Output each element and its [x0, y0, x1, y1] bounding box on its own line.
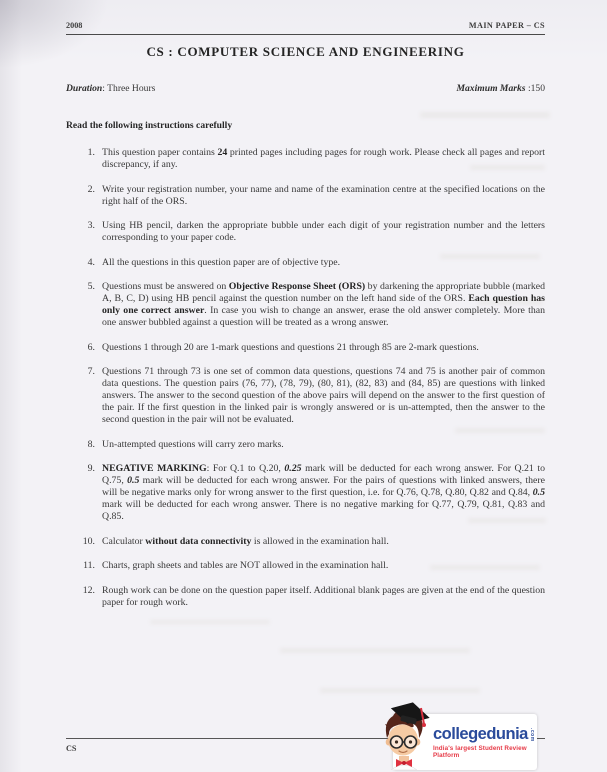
bleed-through-artifact [150, 620, 270, 624]
instruction-number: 11. [66, 560, 95, 572]
bleed-through-artifact [455, 428, 545, 433]
logo-brand-suffix: .com [529, 728, 534, 742]
instruction-text: Calculator without data connectivity is … [102, 536, 545, 548]
max-marks-value: :150 [528, 83, 545, 94]
instruction-item: 10. Calculator without data connectivity… [66, 536, 545, 548]
instruction-text: NEGATIVE MARKING: For Q.1 to Q.20, 0.25 … [102, 463, 545, 523]
page-content: 2008 MAIN PAPER – CS CS : COMPUTER SCIEN… [66, 0, 545, 621]
bleed-through-artifact [430, 565, 540, 570]
bleed-through-artifact [320, 688, 480, 693]
header-year: 2008 [66, 21, 82, 30]
bleed-through-artifact [478, 300, 543, 305]
student-mascot-icon [377, 700, 431, 770]
instruction-text: Using HB pencil, darken the appropriate … [102, 220, 545, 244]
instruction-item: 5. Questions must be answered on Objecti… [66, 281, 545, 329]
instruction-text: Rough work can be done on the question p… [102, 585, 545, 609]
instruction-item: 6. Questions 1 through 20 are 1-mark que… [66, 342, 545, 354]
instruction-number: 12. [66, 585, 95, 609]
instruction-number: 9. [66, 463, 95, 523]
bleed-through-artifact [470, 165, 545, 170]
collegedunia-logo: collegedunia .com India's largest Studen… [377, 700, 537, 770]
exam-meta: Duration: Three Hours Maximum Marks :150 [66, 83, 545, 94]
instruction-number: 6. [66, 342, 95, 354]
instruction-item: 12. Rough work can be done on the questi… [66, 585, 545, 609]
instructions-heading: Read the following instructions carefull… [66, 120, 545, 131]
max-marks-field: Maximum Marks :150 [456, 83, 545, 94]
logo-brand: collegedunia [433, 726, 528, 743]
header-paper-code: MAIN PAPER – CS [469, 21, 545, 30]
instruction-item: 3. Using HB pencil, darken the appropria… [66, 220, 545, 244]
instructions-list: 1. This question paper contains 24 print… [66, 147, 545, 609]
instruction-number: 4. [66, 257, 95, 269]
instruction-text: Questions 1 through 20 are 1-mark questi… [102, 342, 545, 354]
bleed-through-artifact [440, 254, 540, 259]
bleed-through-artifact [468, 518, 546, 523]
instruction-text: Questions must be answered on Objective … [102, 281, 545, 329]
scanned-exam-page: 2008 MAIN PAPER – CS CS : COMPUTER SCIEN… [0, 0, 607, 772]
bleed-through-artifact [280, 648, 470, 653]
instruction-item: 2. Write your registration number, your … [66, 184, 545, 208]
instruction-text: Un-attempted questions will carry zero m… [102, 439, 545, 451]
logo-tagline: India's largest Student Review Platform [433, 745, 537, 759]
duration-field: Duration: Three Hours [66, 83, 155, 94]
footer-page-code: CS [66, 744, 76, 753]
page-header: 2008 MAIN PAPER – CS [66, 0, 545, 35]
instruction-number: 3. [66, 220, 95, 244]
duration-label: Duration [66, 83, 102, 94]
instruction-number: 5. [66, 281, 95, 329]
instruction-text: Questions 71 through 73 is one set of co… [102, 366, 545, 426]
instruction-item: 9. NEGATIVE MARKING: For Q.1 to Q.20, 0.… [66, 463, 545, 523]
instruction-number: 1. [66, 147, 95, 171]
instruction-number: 8. [66, 439, 95, 451]
instruction-item: 7. Questions 71 through 73 is one set of… [66, 366, 545, 426]
instruction-number: 10. [66, 536, 95, 548]
duration-value: : Three Hours [102, 83, 155, 94]
max-marks-label: Maximum Marks [456, 83, 525, 94]
instruction-number: 2. [66, 184, 95, 208]
instruction-item: 8. Un-attempted questions will carry zer… [66, 439, 545, 451]
page-title: CS : COMPUTER SCIENCE AND ENGINEERING [66, 44, 545, 60]
bleed-through-artifact [420, 112, 550, 118]
logo-brand-row: collegedunia .com [433, 726, 537, 743]
instruction-number: 7. [66, 366, 95, 426]
instruction-text: Write your registration number, your nam… [102, 184, 545, 208]
